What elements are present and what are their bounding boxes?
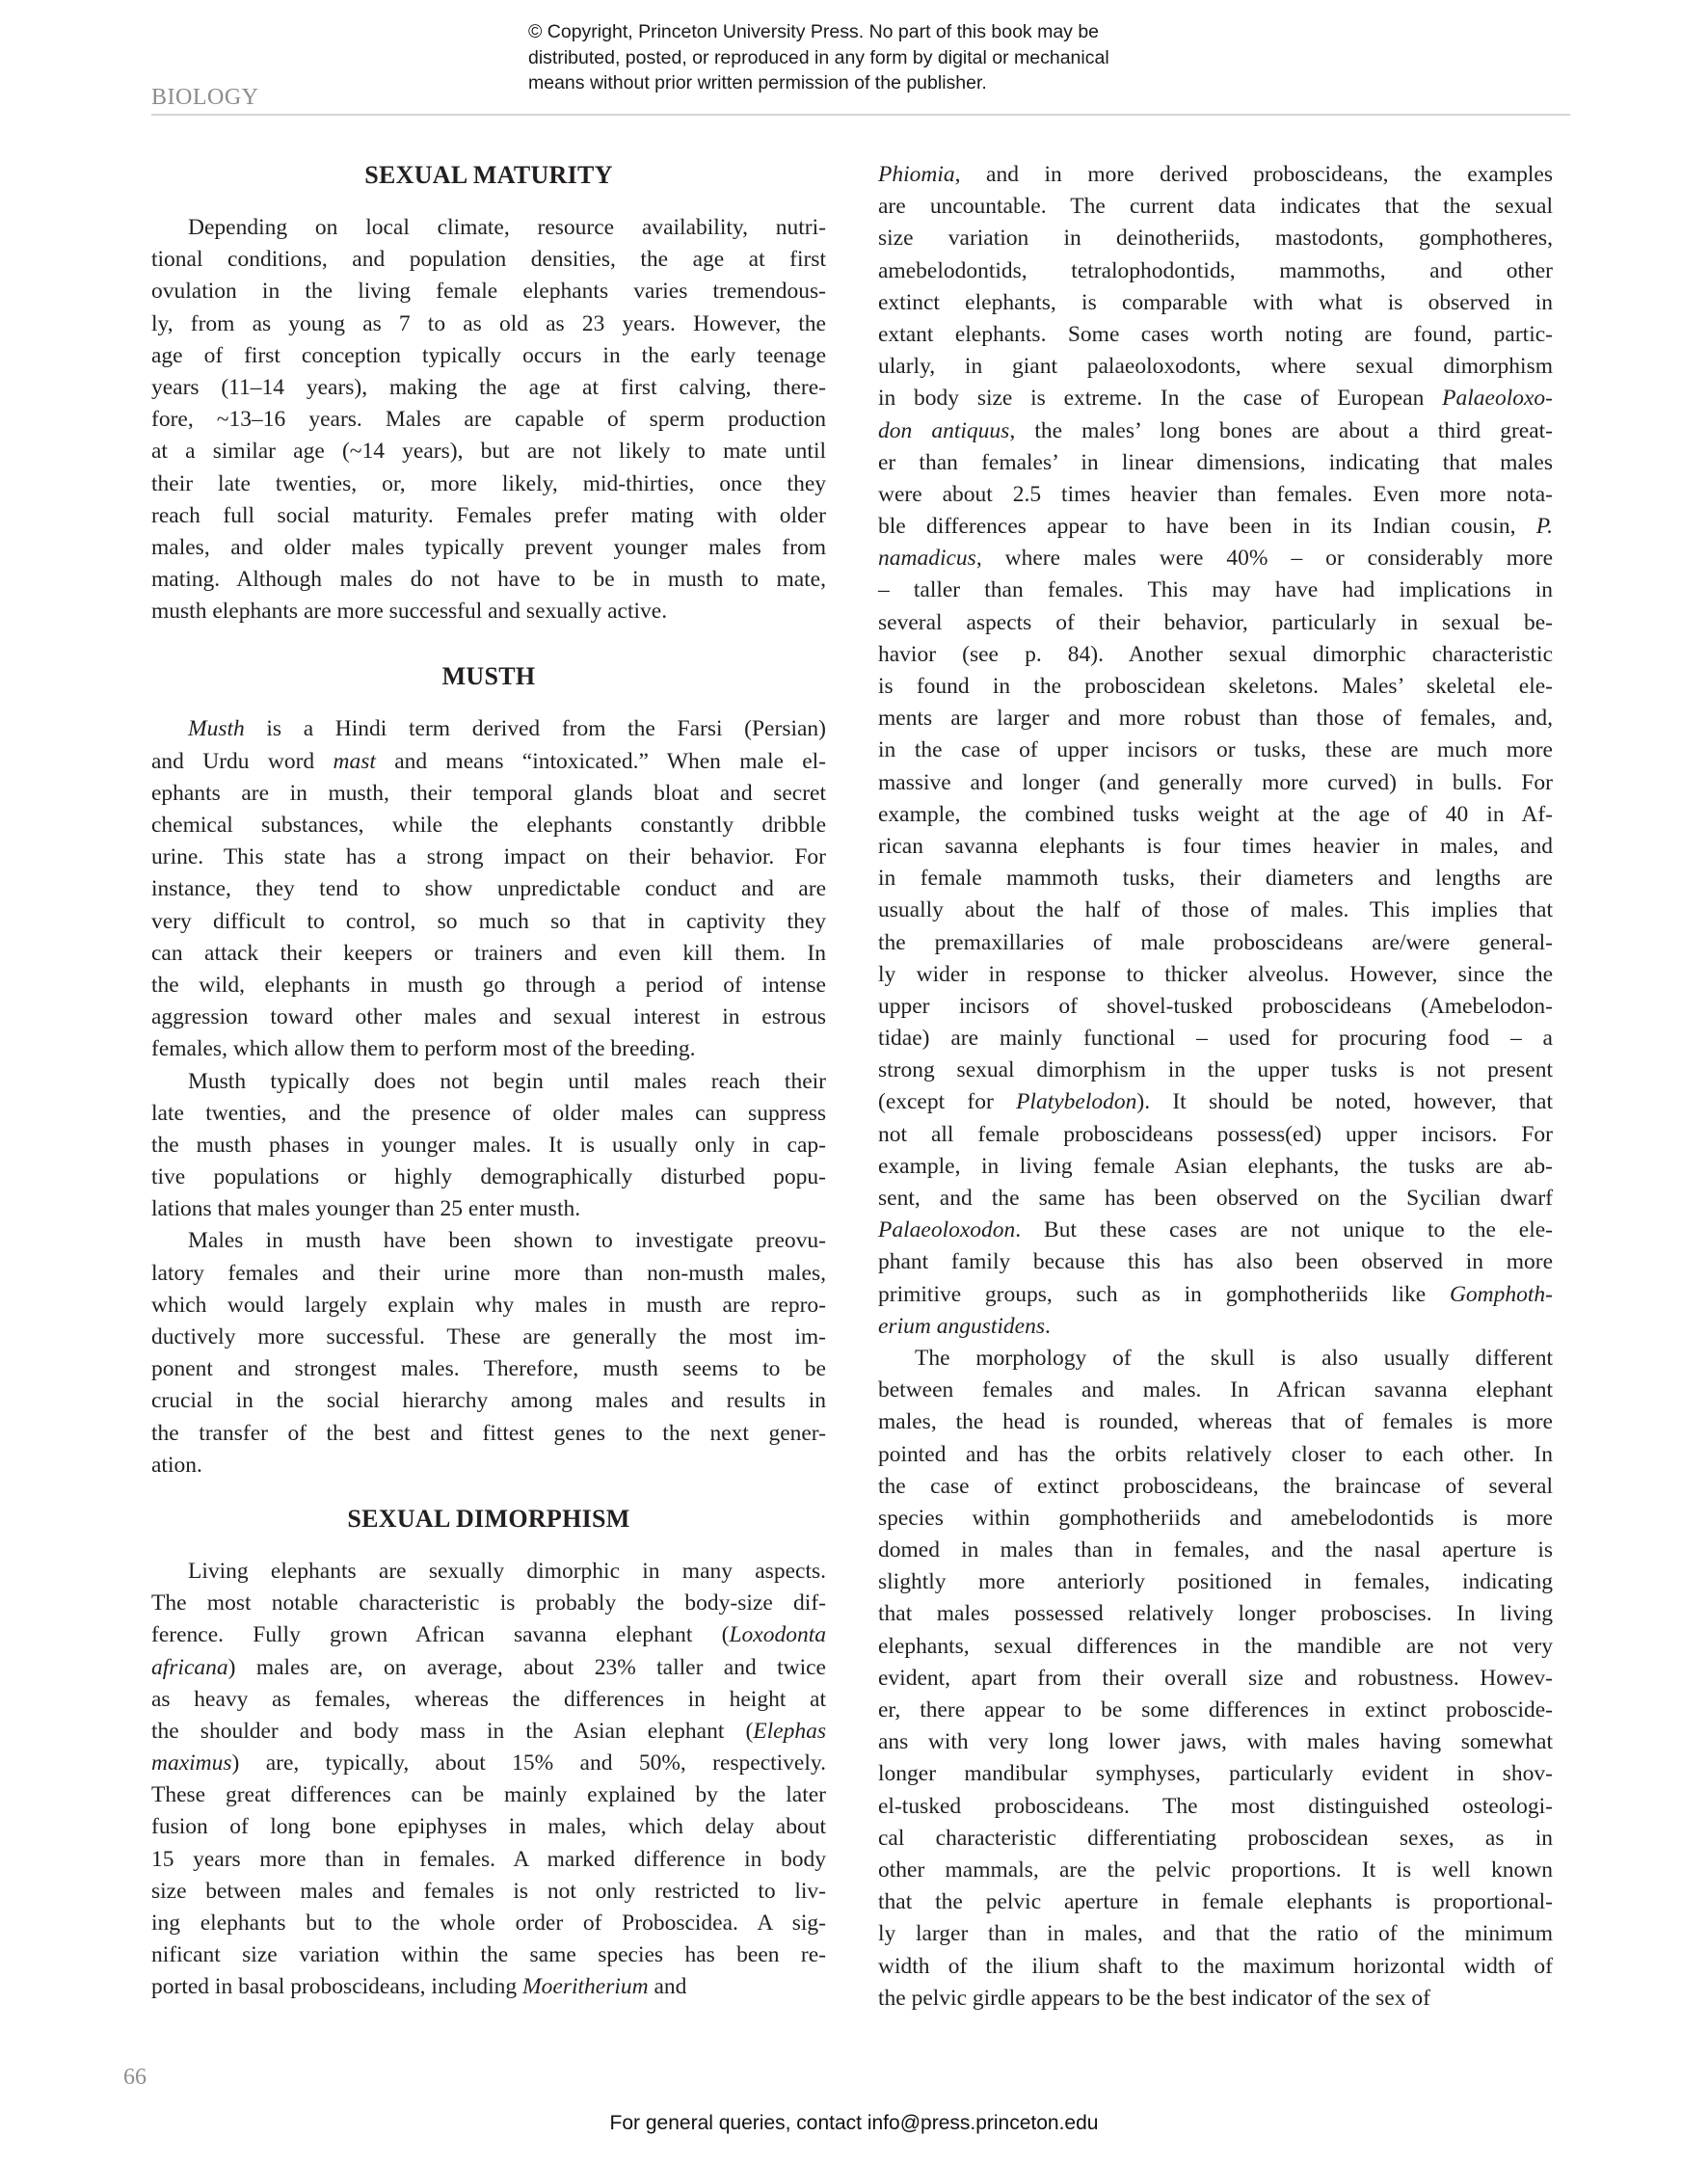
text-line: don antiquus, the males’ long bones are … [878,415,1553,447]
text-line: Palaeoloxodon. But these cases are not u… [878,1215,1553,1246]
text-line: crucial in the social hierarchy among ma… [151,1385,826,1417]
text-line: el-tusked proboscideans. The most distin… [878,1791,1553,1823]
text-line: the premaxillaries of male proboscideans… [878,927,1553,959]
text-line: er than females’ in linear dimensions, i… [878,447,1553,479]
text-line: reach full social maturity. Females pref… [151,500,826,532]
text-line: size variation in deinotheriids, mastodo… [878,223,1553,254]
text-line: size between males and females is not on… [151,1876,826,1908]
text-line: that males possessed relatively longer p… [878,1598,1553,1630]
text-line: urine. This state has a strong impact on… [151,842,826,873]
text-line: longer mandibular symphyses, particularl… [878,1758,1553,1790]
text-line: in the case of upper incisors or tusks, … [878,735,1553,766]
text-line: ference. Fully grown African savanna ele… [151,1619,826,1651]
text-line: tidae) are mainly functional – used for … [878,1023,1553,1055]
text-line: the shoulder and body mass in the Asian … [151,1716,826,1748]
text-line: sent, and the same has been observed on … [878,1183,1553,1215]
text-line: 15 years more than in females. A marked … [151,1844,826,1876]
text-line: elephants, sexual differences in the man… [878,1631,1553,1663]
text-line: ephants are in musth, their temporal gla… [151,778,826,810]
text-line: example, the combined tusks weight at th… [878,799,1553,831]
text-line: mating. Although males do not have to be… [151,564,826,596]
text-line: are uncountable. The current data indica… [878,191,1553,223]
paragraph: Depending on local climate, resource ava… [151,212,826,628]
text-line: The morphology of the skull is also usua… [878,1343,1553,1375]
section-spacer [151,628,826,660]
text-line: chemical substances, while the elephants… [151,810,826,842]
text-line: width of the ilium shaft to the maximum … [878,1951,1553,1983]
text-line: namadicus, where males were 40% – or con… [878,543,1553,574]
text-line: instance, they tend to show unpredictabl… [151,873,826,905]
copyright-line: © Copyright, Princeton University Press.… [528,19,1261,45]
text-line: The most notable characteristic is proba… [151,1588,826,1619]
text-line: can attack their keepers or trainers and… [151,938,826,970]
text-line: fusion of long bone epiphyses in males, … [151,1811,826,1843]
text-line: that the pelvic aperture in female eleph… [878,1886,1553,1918]
text-line: evident, apart from their overall size a… [878,1663,1553,1695]
text-line: These great differences can be mainly ex… [151,1779,826,1811]
paragraph: Musth typically does not begin until mal… [151,1066,826,1226]
text-line: which would largely explain why males in… [151,1290,826,1322]
text-line: the wild, elephants in musth go through … [151,970,826,1002]
text-line: ble differences appear to have been in i… [878,511,1553,543]
text-line: age of first conception typically occurs… [151,340,826,372]
text-line: other mammals, are the pelvic proportion… [878,1855,1553,1886]
text-line: strong sexual dimorphism in the upper tu… [878,1055,1553,1086]
running-head: BIOLOGY [151,85,259,111]
text-line: males, and older males typically prevent… [151,532,826,564]
text-line: domed in males than in females, and the … [878,1535,1553,1566]
paragraph: Males in musth have been shown to invest… [151,1225,826,1482]
text-line: (except for Platybelodon). It should be … [878,1086,1553,1118]
text-line: ly, from as young as 7 to as old as 23 y… [151,308,826,340]
text-line: Phiomia, and in more derived proboscidea… [878,159,1553,191]
text-line: massive and longer (and generally more c… [878,767,1553,799]
text-line: and Urdu word mast and means “intoxicate… [151,746,826,778]
text-line: rican savanna elephants is four times he… [878,831,1553,863]
section-spacer [151,1482,826,1503]
text-line: erium angustidens. [878,1311,1553,1343]
heading-spacer [151,692,826,713]
text-line: the musth phases in younger males. It is… [151,1130,826,1162]
text-line: not all female proboscideans possess(ed)… [878,1119,1553,1151]
section-heading: SEXUAL DIMORPHISM [151,1503,826,1535]
text-line: amebelodontids, tetralophodontids, mammo… [878,255,1553,287]
text-line: the case of extinct proboscideans, the b… [878,1471,1553,1503]
text-line: Living elephants are sexually dimorphic … [151,1556,826,1588]
text-line: males, the head is rounded, whereas that… [878,1406,1553,1438]
text-line: ation. [151,1450,826,1482]
text-line: extant elephants. Some cases worth notin… [878,319,1553,351]
text-line: ans with very long lower jaws, with male… [878,1726,1553,1758]
text-line: tive populations or highly demographical… [151,1162,826,1193]
paragraph: The morphology of the skull is also usua… [878,1343,1553,2015]
text-line: the transfer of the best and fittest gen… [151,1418,826,1450]
text-line: Musth is a Hindi term derived from the F… [151,713,826,745]
text-line: phant family because this has also been … [878,1246,1553,1278]
text-line: in female mammoth tusks, their diameters… [878,863,1553,895]
text-line: Musth typically does not begin until mal… [151,1066,826,1098]
text-line: between females and males. In African sa… [878,1375,1553,1406]
text-line: nificant size variation within the same … [151,1939,826,1971]
text-line: aggression toward other males and sexual… [151,1002,826,1033]
text-line: is found in the proboscidean skeletons. … [878,671,1553,703]
copyright-line: distributed, posted, or reproduced in an… [528,45,1261,71]
text-line: ing elephants but to the whole order of … [151,1908,826,1939]
text-line: ly larger than in males, and that the ra… [878,1918,1553,1950]
text-line: ly wider in response to thicker alveolus… [878,959,1553,991]
text-line: cal characteristic differentiating probo… [878,1823,1553,1855]
text-line: late twenties, and the presence of older… [151,1098,826,1130]
text-line: years (11–14 years), making the age at f… [151,372,826,404]
header-divider [151,114,1570,116]
text-line: example, in living female Asian elephant… [878,1151,1553,1183]
text-line: Males in musth have been shown to invest… [151,1225,826,1257]
text-line: the pelvic girdle appears to be the best… [878,1983,1553,2015]
section-heading: SEXUAL MATURITY [151,159,826,191]
text-line: africana) males are, on average, about 2… [151,1652,826,1684]
text-line: – taller than females. This may have had… [878,574,1553,606]
text-line: Depending on local climate, resource ava… [151,212,826,244]
text-line: very difficult to control, so much so th… [151,906,826,938]
text-line: musth elephants are more successful and … [151,596,826,628]
heading-spacer [151,191,826,212]
text-line: species within gomphotheriids and amebel… [878,1503,1553,1535]
page-number: 66 [123,2065,147,2091]
paragraph: Musth is a Hindi term derived from the F… [151,713,826,1065]
text-line: several aspects of their behavior, parti… [878,607,1553,639]
section-heading: MUSTH [151,660,826,692]
copyright-line: means without prior written permission o… [528,70,1261,96]
text-line: slightly more anteriorly positioned in f… [878,1566,1553,1598]
text-line: at a similar age (~14 years), but are no… [151,436,826,468]
text-line: fore, ~13–16 years. Males are capable of… [151,404,826,436]
text-line: as heavy as females, whereas the differe… [151,1684,826,1716]
heading-spacer [151,1535,826,1556]
text-line: ments are larger and more robust than th… [878,703,1553,735]
text-line: latory females and their urine more than… [151,1258,826,1290]
text-line: primitive groups, such as in gomphotheri… [878,1279,1553,1311]
paragraph: Living elephants are sexually dimorphic … [151,1556,826,2004]
text-line: ponent and strongest males. Therefore, m… [151,1353,826,1385]
text-line: in body size is extreme. In the case of … [878,383,1553,414]
left-column: SEXUAL MATURITYDepending on local climat… [151,159,826,2004]
text-line: lations that males younger than 25 enter… [151,1193,826,1225]
text-line: er, there appear to be some differences … [878,1695,1553,1726]
text-line: usually about the half of those of males… [878,895,1553,926]
text-line: upper incisors of shovel-tusked probosci… [878,991,1553,1023]
text-line: havior (see p. 84). Another sexual dimor… [878,639,1553,671]
text-line: extinct elephants, is comparable with wh… [878,287,1553,319]
text-line: ularly, in giant palaeoloxodonts, where … [878,351,1553,383]
footer-contact: For general queries, contact info@press.… [0,2112,1708,2135]
paragraph: Phiomia, and in more derived proboscidea… [878,159,1553,1343]
text-line: ovulation in the living female elephants… [151,276,826,307]
text-line: females, which allow them to perform mos… [151,1033,826,1065]
text-line: ductively more successful. These are gen… [151,1322,826,1353]
text-line: tional conditions, and population densit… [151,244,826,276]
text-line: maximus) are, typically, about 15% and 5… [151,1748,826,1779]
text-line: their late twenties, or, more likely, mi… [151,468,826,500]
copyright-notice: © Copyright, Princeton University Press.… [528,19,1261,96]
text-line: pointed and has the orbits relatively cl… [878,1439,1553,1471]
text-line: ported in basal proboscideans, including… [151,1971,826,2003]
text-line: were about 2.5 times heavier than female… [878,479,1553,511]
right-column: Phiomia, and in more derived proboscidea… [878,159,1553,2015]
